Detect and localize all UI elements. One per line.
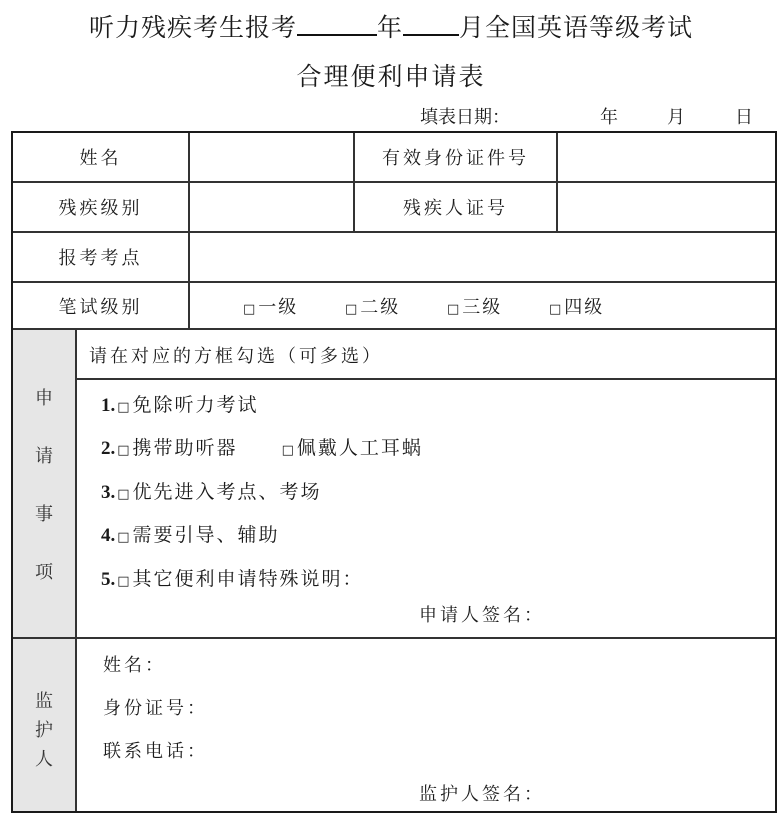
side-char: 事	[13, 500, 75, 526]
form-title: 听力残疾考生报考年月全国英语等级考试	[0, 8, 782, 44]
date-label: 填表日期：	[420, 103, 510, 129]
side-char: 申	[13, 384, 75, 410]
guardian-id-label: 身份证号：	[103, 694, 208, 720]
application-side-label: 申 请 事 项	[13, 330, 77, 637]
form-subtitle: 合理便利申请表	[0, 57, 782, 93]
divider	[13, 328, 775, 330]
date-day-label: 日	[735, 103, 753, 129]
level-option-label: 四级	[564, 297, 604, 318]
guardian-phone-label: 联系电话：	[103, 737, 208, 763]
checkbox-icon[interactable]: □	[447, 302, 461, 317]
side-char: 护	[13, 716, 75, 742]
request-item-2: 2.□携带助听器□佩戴人工耳蜗	[101, 433, 423, 460]
level-option-label: 二级	[360, 297, 400, 318]
item-number: 5.	[101, 569, 115, 590]
checkbox-icon[interactable]: □	[345, 302, 359, 317]
title-text-part1: 听力残疾考生报考	[89, 13, 297, 42]
level-option-label: 三级	[462, 297, 502, 318]
title-year-label: 年	[377, 13, 403, 42]
item-label: 其它便利申请特殊说明：	[133, 568, 364, 590]
application-table: 姓名 有效身份证件号 残疾级别 残疾人证号 报考考点 笔试级别 □一级 □二级 …	[11, 131, 777, 813]
item-label: 免除听力考试	[133, 394, 259, 416]
item-label: 携带助听器	[133, 437, 238, 459]
written-level-label: 笔试级别	[13, 283, 188, 328]
item-number: 1.	[101, 395, 115, 416]
request-item-5: 5.□其它便利申请特殊说明：	[101, 564, 364, 591]
level-option-2[interactable]: □二级	[345, 293, 400, 319]
date-year-label: 年	[600, 103, 618, 129]
instruction-text: 请在对应的方框勾选（可多选）	[89, 342, 383, 368]
guardian-signature-label: 监护人签名：	[419, 780, 545, 806]
exam-site-field[interactable]	[190, 233, 775, 281]
date-month-label: 月	[667, 103, 685, 129]
id-number-label: 有效身份证件号	[355, 133, 556, 181]
level-option-1[interactable]: □一级	[243, 293, 298, 319]
disability-level-field[interactable]	[190, 183, 353, 231]
guardian-name-label: 姓名：	[103, 651, 166, 677]
guardian-side-label: 监 护 人	[13, 639, 77, 811]
month-blank[interactable]	[403, 30, 459, 36]
level-option-4[interactable]: □四级	[549, 293, 604, 319]
id-number-field[interactable]	[558, 133, 775, 181]
checkbox-icon[interactable]: □	[117, 487, 131, 502]
side-char: 项	[13, 558, 75, 584]
item-number: 4.	[101, 525, 115, 546]
applicant-signature-label: 申请人签名：	[419, 601, 545, 627]
request-item-4: 4.□需要引导、辅助	[101, 520, 280, 547]
checkbox-icon[interactable]: □	[117, 443, 131, 458]
checkbox-icon[interactable]: □	[282, 443, 296, 458]
item-label: 需要引导、辅助	[133, 524, 280, 546]
checkbox-icon[interactable]: □	[117, 530, 131, 545]
name-label: 姓名	[13, 133, 188, 181]
side-char: 监	[13, 687, 75, 713]
item-label: 佩戴人工耳蜗	[297, 437, 423, 459]
disability-cert-field[interactable]	[558, 183, 775, 231]
title-text-part2: 月全国英语等级考试	[459, 13, 693, 42]
name-field[interactable]	[190, 133, 353, 181]
disability-level-label: 残疾级别	[13, 183, 188, 231]
year-blank[interactable]	[297, 30, 377, 36]
side-char: 请	[13, 442, 75, 468]
item-number: 3.	[101, 482, 115, 503]
checkbox-icon[interactable]: □	[117, 400, 131, 415]
level-option-label: 一级	[258, 297, 298, 318]
item-label: 优先进入考点、考场	[133, 481, 322, 503]
divider	[77, 378, 775, 380]
checkbox-icon[interactable]: □	[117, 574, 131, 589]
checkbox-icon[interactable]: □	[549, 302, 563, 317]
request-item-3: 3.□优先进入考点、考场	[101, 477, 322, 504]
divider	[13, 637, 775, 639]
request-item-1: 1.□免除听力考试	[101, 390, 259, 417]
checkbox-icon[interactable]: □	[243, 302, 257, 317]
item-number: 2.	[101, 438, 115, 459]
side-char: 人	[13, 745, 75, 771]
disability-cert-label: 残疾人证号	[355, 183, 556, 231]
exam-site-label: 报考考点	[13, 233, 188, 281]
level-option-3[interactable]: □三级	[447, 293, 502, 319]
